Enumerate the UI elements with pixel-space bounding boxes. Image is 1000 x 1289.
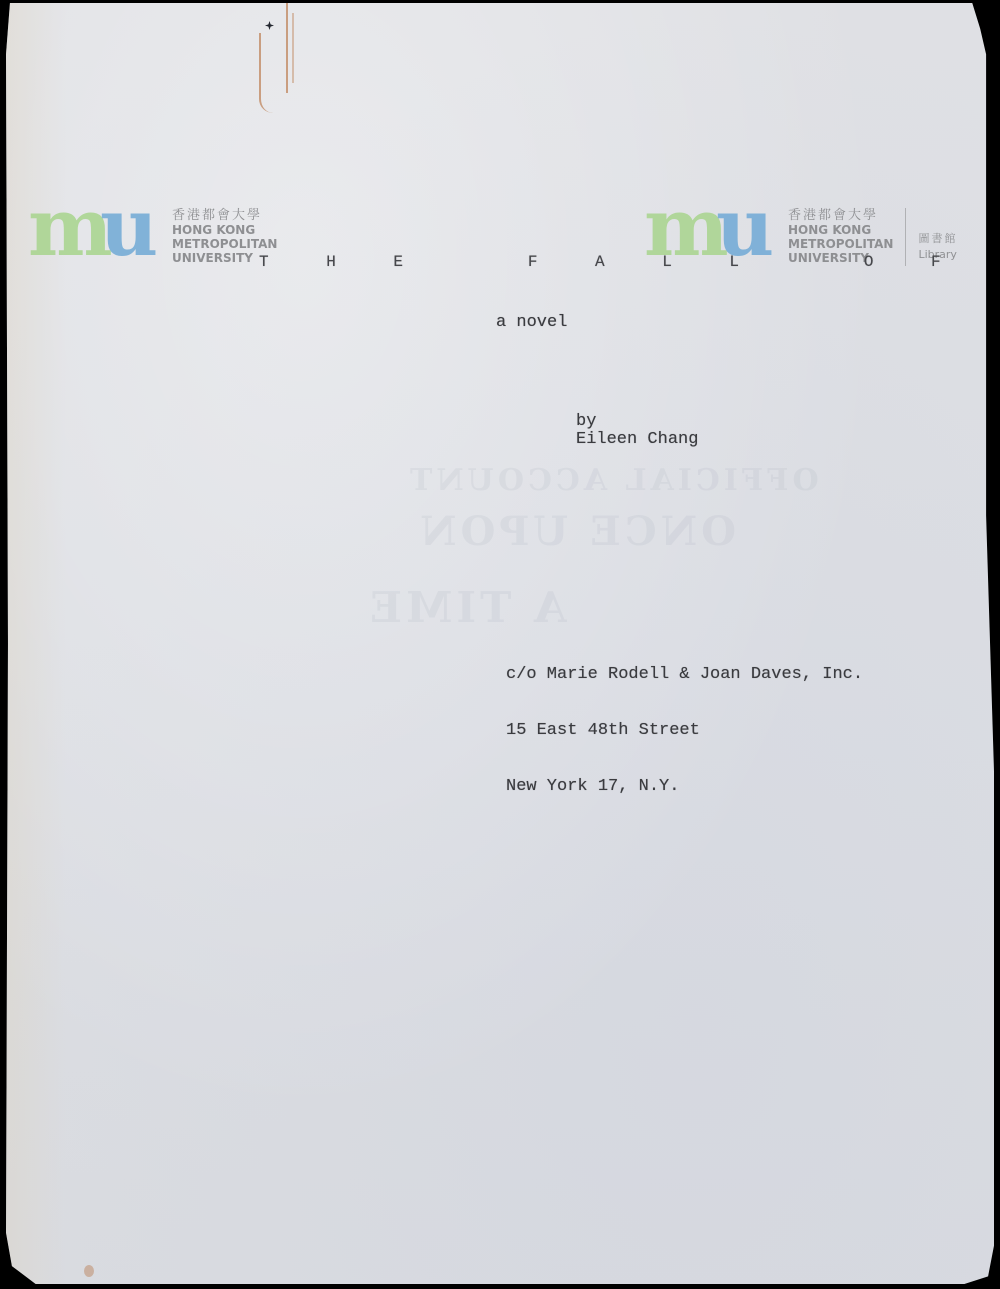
bleed-through-text: OFFICIAL ACCOUNT	[406, 463, 819, 498]
logo-name-line: HONG KONG	[172, 223, 277, 237]
library-cjk: 圖書館	[918, 231, 957, 247]
logo-m-glyph: m	[28, 198, 105, 256]
logo-m-glyph: m	[644, 198, 721, 256]
author-name: Eileen Chang	[576, 430, 698, 449]
rust-stain	[84, 1265, 94, 1277]
bleed-through-text: ONCE UPON	[416, 508, 736, 555]
rust-stain	[292, 13, 298, 83]
logo-name-line: METROPOLITAN	[788, 237, 893, 251]
logo-u-glyph: u	[100, 198, 150, 256]
logo-name-line: METROPOLITAN	[172, 237, 277, 251]
address-line: New York 17, N.Y.	[506, 778, 863, 796]
document-subtitle: a novel	[496, 313, 567, 332]
address-line: 15 East 48th Street	[506, 722, 863, 740]
document-page: OFFICIAL ACCOUNT ONCE UPON A TIME m u 香港…	[6, 3, 994, 1284]
logo-cjk-name: 香港都會大學	[172, 209, 277, 223]
bleed-through-text: A TIME	[366, 583, 567, 632]
agent-address: c/o Marie Rodell & Joan Daves, Inc. 15 E…	[506, 628, 863, 834]
hkmu-logo-left: m u 香港都會大學 HONG KONG METROPOLITAN UNIVER…	[28, 208, 277, 266]
logo-name-line: HONG KONG	[788, 223, 893, 237]
address-line: c/o Marie Rodell & Joan Daves, Inc.	[506, 666, 863, 684]
rust-stain	[259, 33, 273, 113]
document-title: T H E F A L L O F T H E P A G O D A	[259, 253, 1000, 271]
byline: by	[576, 412, 596, 431]
staple-hole	[265, 21, 274, 30]
logo-u-glyph: u	[716, 198, 766, 256]
logo-cjk-name: 香港都會大學	[788, 209, 893, 223]
hkmu-logo-mark: m u	[28, 208, 160, 266]
